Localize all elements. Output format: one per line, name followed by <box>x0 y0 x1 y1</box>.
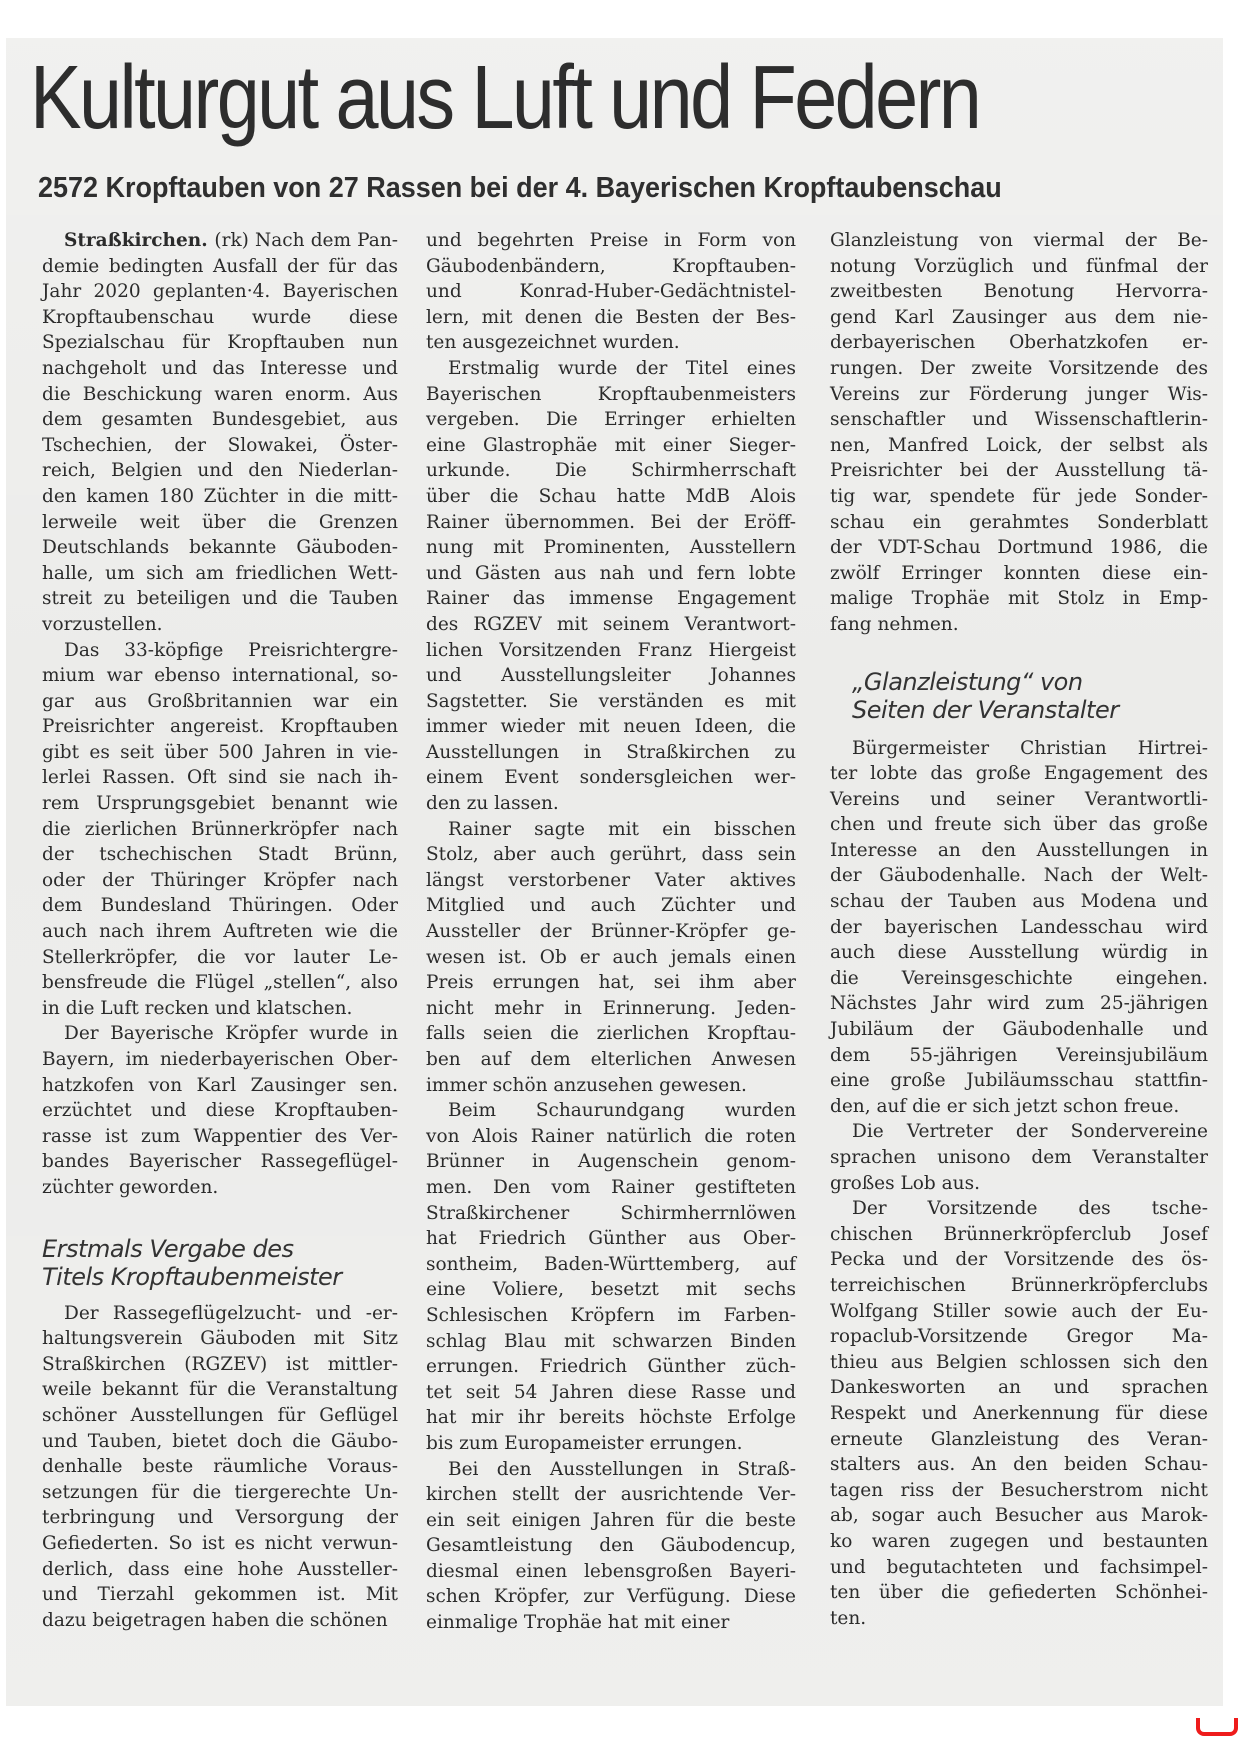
text-line: dem 55-jährigen Vereinsjubiläum <box>830 1043 1208 1069</box>
text-line: ten. <box>830 1606 1208 1632</box>
text-line: züchter geworden. <box>42 1175 398 1201</box>
text-line: Das 33-köpfige Preisrichtergre- <box>42 638 398 664</box>
text-line: schlag Blau mit schwarzen Binden <box>426 1329 796 1355</box>
text-line: und Gästen aus nah und fern lobte <box>426 561 796 587</box>
text-line: die Vereinsgeschichte eingehen. <box>830 966 1208 992</box>
text-line-content: (rk) Nach dem Pan- <box>214 230 398 251</box>
paragraph: Der Rassegeflügelzucht- und -er-haltungs… <box>42 1301 398 1634</box>
text-line: Kropftaubenschau wurde diese <box>42 305 398 331</box>
text-line: Straßkirchener Schirmherrnlöwen <box>426 1201 796 1227</box>
text-line: gend Karl Zausinger aus dem nie- <box>830 305 1208 331</box>
text-line: und begehrten Preise in Form von <box>426 228 796 254</box>
text-line: Ausstellungen in Straßkirchen zu <box>426 740 796 766</box>
subheading-line: Titels Kropftaubenmeister <box>42 1263 398 1291</box>
text-line: Der Vorsitzende des tsche- <box>830 1196 1208 1222</box>
text-line: Jubiläum der Gäubodenhalle und <box>830 1017 1208 1043</box>
subheading-line: Erstmals Vergabe des <box>42 1235 398 1263</box>
text-line: sontheim, Baden-Württemberg, auf <box>426 1252 796 1278</box>
text-line: vorzustellen. <box>42 612 398 638</box>
text-line: Straßkirchen (RGZEV) ist mittler- <box>42 1352 398 1378</box>
text-line: Dankesworten an und sprachen <box>830 1375 1208 1401</box>
text-line: ben auf dem elterlichen Anwesen <box>426 1047 796 1073</box>
text-line: zwölf Erringer konnten diese ein- <box>830 561 1208 587</box>
text-line: und begutachteten und fachsimpel- <box>830 1555 1208 1581</box>
text-line: rem Ursprungsgebiet benannt wie <box>42 791 398 817</box>
text-line: lichen Vorsitzenden Franz Hiergeist <box>426 638 796 664</box>
text-line: schen Kröpfer, zur Verfügung. Diese <box>426 1584 796 1610</box>
text-line: ten ausgezeichnet wurden. <box>426 330 796 356</box>
text-line: falls seien die zierlichen Kropftau- <box>426 1021 796 1047</box>
text-line: Gesamtleistung den Gäubodencup, <box>426 1533 796 1559</box>
paragraph: Das 33-köpfige Preisrichtergre-mium war … <box>42 638 398 1022</box>
text-line: Deutschlands bekannte Gäuboden- <box>42 535 398 561</box>
text-line: eine große Jubiläumsschau stattfin- <box>830 1068 1208 1094</box>
text-line: Spezialschau für Kropftauben nun <box>42 330 398 356</box>
text-line: der VDT-Schau Dortmund 1986, die <box>830 535 1208 561</box>
text-line: vergeben. Die Erringer erhielten <box>426 407 796 433</box>
text-line: ten über die gefiederten Schönhei- <box>830 1580 1208 1606</box>
text-line: Vereins zur Förderung junger Wis- <box>830 382 1208 408</box>
subheading-line: Seiten der Veranstalter <box>852 696 1208 724</box>
text-line: in die Luft recken und klatschen. <box>42 996 398 1022</box>
text-line: weile bekannt für die Veranstaltung <box>42 1377 398 1403</box>
text-line: immer schön anzusehen gewesen. <box>426 1073 796 1099</box>
text-line: ko waren zugegen und bestaunten <box>830 1529 1208 1555</box>
text-line: der Gäubodenhalle. Nach der Welt- <box>830 863 1208 889</box>
text-line: Bayern, im niederbayerischen Ober- <box>42 1047 398 1073</box>
subheadline: 2572 Kropftauben von 27 Rassen bei der 4… <box>38 170 1002 206</box>
text-line: bis zum Europameister errungen. <box>426 1431 796 1457</box>
text-line: Jahr 2020 geplanten·4. Bayerischen <box>42 279 398 305</box>
text-line: ein seit einigen Jahren für die beste <box>426 1508 796 1534</box>
text-line: lern, mit denen die Besten der Bes- <box>426 305 796 331</box>
paragraph: Bei den Ausstellungen in Straß-kirchen s… <box>426 1457 796 1636</box>
text-line: des RGZEV mit seinem Verantwort- <box>426 612 796 638</box>
text-line: eine Voliere, besetzt mit sechs <box>426 1277 796 1303</box>
text-line: Erstmalig wurde der Titel eines <box>426 356 796 382</box>
text-line: oder der Thüringer Kröpfer nach <box>42 868 398 894</box>
text-line: Nächstes Jahr wird zum 25-jährigen <box>830 991 1208 1017</box>
text-line: bensfreude die Flügel „stellen“, also <box>42 970 398 996</box>
text-line: Bürgermeister Christian Hirtrei- <box>830 736 1208 762</box>
text-line: Stellerkröpfer, die vor lauter Le- <box>42 945 398 971</box>
text-line: malige Trophäe mit Stolz in Emp- <box>830 586 1208 612</box>
section-subheading: Erstmals Vergabe desTitels Kropftaubenme… <box>42 1235 398 1291</box>
text-line: tig war, spendete für jede Sonder- <box>830 484 1208 510</box>
text-line: der tschechischen Stadt Brünn, <box>42 842 398 868</box>
text-line: chischen Brünnerkröpferclub Josef <box>830 1222 1208 1248</box>
text-line: gar aus Großbritannien war ein <box>42 689 398 715</box>
text-line: auch diese Ausstellung würdig in <box>830 940 1208 966</box>
text-line: der bayerischen Landesschau wird <box>830 915 1208 941</box>
text-line: erneute Glanzleistung des Veran- <box>830 1427 1208 1453</box>
text-line: Bayerischen Kropftaubenmeisters <box>426 382 796 408</box>
text-line: schau ein gerahmtes Sonderblatt <box>830 510 1208 536</box>
paragraph: Rainer sagte mit ein bisschenStolz, aber… <box>426 817 796 1099</box>
text-line: terbringung und Versorgung der <box>42 1505 398 1531</box>
text-line: tagen riss der Besucherstrom nicht <box>830 1478 1208 1504</box>
text-line: dem gesamten Bundesgebiet, aus <box>42 407 398 433</box>
headline: Kulturgut aus Luft und Federn <box>30 48 1045 148</box>
paragraph: Straßkirchen. (rk) Nach dem Pan-demie be… <box>42 228 398 638</box>
paragraph: und begehrten Preise in Form vonGäuboden… <box>426 228 796 356</box>
text-line: urkunde. Die Schirmherrschaft <box>426 458 796 484</box>
text-line: Beim Schaurundgang wurden <box>426 1098 796 1124</box>
text-line: ropaclub-Vorsitzende Gregor Ma- <box>830 1324 1208 1350</box>
text-line: Wolfgang Stiller sowie auch der Eu- <box>830 1299 1208 1325</box>
text-line: nung mit Prominenten, Ausstellern <box>426 535 796 561</box>
text-line: fang nehmen. <box>830 612 1208 638</box>
text-line: zweitbesten Benotung Hervorra- <box>830 279 1208 305</box>
text-line: nicht mehr in Erinnerung. Jeden- <box>426 996 796 1022</box>
text-line: Preis errungen hat, sei ihm aber <box>426 970 796 996</box>
text-line: Mitglied und auch Züchter und <box>426 893 796 919</box>
text-line: Rainer sagte mit ein bisschen <box>426 817 796 843</box>
text-line: stalters aus. An den beiden Schau- <box>830 1452 1208 1478</box>
text-line: Bei den Ausstellungen in Straß- <box>426 1457 796 1483</box>
paragraph: Bürgermeister Christian Hirtrei-ter lobt… <box>830 736 1208 1120</box>
text-line: derlich, dass eine hohe Aussteller- <box>42 1557 398 1583</box>
text-line: Stolz, aber auch gerührt, dass sein <box>426 842 796 868</box>
text-line: derbayerischen Oberhatzkofen er- <box>830 330 1208 356</box>
paragraph: Der Bayerische Kröpfer wurde inBayern, i… <box>42 1021 398 1200</box>
text-line: haltungsverein Gäuboden mit Sitz <box>42 1326 398 1352</box>
text-line: notung Vorzüglich und fünfmal der <box>830 254 1208 280</box>
paragraph: Erstmalig wurde der Titel einesBayerisch… <box>426 356 796 817</box>
text-line: die Beschickung waren enorm. Aus <box>42 382 398 408</box>
text-line: Tschechien, der Slowakei, Öster- <box>42 433 398 459</box>
text-line: den zu lassen. <box>426 791 796 817</box>
article-column-2: und begehrten Preise in Form vonGäuboden… <box>426 228 796 1636</box>
text-line: den, auf die er sich jetzt schon freue. <box>830 1094 1208 1120</box>
text-line: Vereins und seiner Verantwortli- <box>830 787 1208 813</box>
text-line: den kamen 180 Züchter in die mitt- <box>42 484 398 510</box>
subheading-line: „Glanzleistung“ von <box>852 668 1208 696</box>
text-line: diesmal einen lebensgroßen Bayeri- <box>426 1559 796 1585</box>
text-line: nen, Manfred Loick, der selbst als <box>830 433 1208 459</box>
text-line: mium war ebenso international, so- <box>42 663 398 689</box>
text-line: dem Bundesland Thüringen. Oder <box>42 893 398 919</box>
text-line: Gefiederten. So ist es nicht verwun- <box>42 1531 398 1557</box>
text-line: men. Den vom Rainer gestifteten <box>426 1175 796 1201</box>
text-line: demie bedingten Ausfall der für das <box>42 254 398 280</box>
text-line: Interesse an den Ausstellungen in <box>830 838 1208 864</box>
text-line: Preisrichter angereist. Kropftauben <box>42 714 398 740</box>
text-line: halle, um sich am friedlichen Wett- <box>42 561 398 587</box>
text-line: hat mir ihr bereits höchste Erfolge <box>426 1405 796 1431</box>
text-line: Schlesischen Kröpfern im Farben- <box>426 1303 796 1329</box>
text-line: lerweile weit über die Grenzen <box>42 510 398 536</box>
text-line: dazu beigetragen haben die schönen <box>42 1608 398 1634</box>
text-line: Preisrichter bei der Ausstellung tä- <box>830 458 1208 484</box>
text-line: von Alois Rainer natürlich die roten <box>426 1124 796 1150</box>
paragraph: Der Vorsitzende des tsche-chischen Brünn… <box>830 1196 1208 1631</box>
paragraph: Beim Schaurundgang wurdenvon Alois Raine… <box>426 1098 796 1456</box>
text-line: Die Vertreter der Sondervereine <box>830 1119 1208 1145</box>
text-line: Sagstetter. Sie verständen es mit <box>426 689 796 715</box>
text-line: tet seit 54 Jahren diese Rasse und <box>426 1380 796 1406</box>
text-line: einmalige Trophäe hat mit einer <box>426 1610 796 1636</box>
dateline: Straßkirchen. <box>64 230 214 251</box>
text-line: eine Glastrophäe mit einer Sieger- <box>426 433 796 459</box>
text-line: immer wieder mit neuen Ideen, die <box>426 714 796 740</box>
text-line: hatzkofen von Karl Zausinger sen. <box>42 1073 398 1099</box>
text-line: auch nach ihrem Auftreten wie die <box>42 919 398 945</box>
text-line: lerlei Rassen. Oft sind sie nach ih- <box>42 765 398 791</box>
text-line: und Tierzahl gekommen ist. Mit <box>42 1582 398 1608</box>
text-line: schöner Ausstellungen für Geflügel <box>42 1403 398 1429</box>
section-subheading: „Glanzleistung“ vonSeiten der Veranstalt… <box>852 668 1208 724</box>
text-line: gibt es seit über 500 Jahren in vie- <box>42 740 398 766</box>
text-line: erzüchtet und diese Kropftauben- <box>42 1098 398 1124</box>
text-line: bandes Bayerischer Rassegeflügel- <box>42 1149 398 1175</box>
text-line: Der Bayerische Kröpfer wurde in <box>42 1021 398 1047</box>
text-line: längst verstorbener Vater aktives <box>426 868 796 894</box>
text-line: schau der Tauben aus Modena und <box>830 889 1208 915</box>
paragraph: Die Vertreter der Sondervereinesprachen … <box>830 1119 1208 1196</box>
text-line: hat Friedrich Günther aus Ober- <box>426 1226 796 1252</box>
text-line: errungen. Friedrich Günther züch- <box>426 1354 796 1380</box>
text-line: und Konrad-Huber-Gedächtnistel- <box>426 279 796 305</box>
text-line: denhalle beste räumliche Voraus- <box>42 1454 398 1480</box>
text-line: über die Schau hatte MdB Alois <box>426 484 796 510</box>
text-line: Rainer übernommen. Bei der Eröff- <box>426 510 796 536</box>
text-line: die zierlichen Brünnerkröpfer nach <box>42 817 398 843</box>
text-line: sprachen unisono dem Veranstalter <box>830 1145 1208 1171</box>
text-line: rungen. Der zweite Vorsitzende des <box>830 356 1208 382</box>
text-line: rasse ist zum Wappentier des Ver- <box>42 1124 398 1150</box>
text-line: chen und freute sich über das große <box>830 812 1208 838</box>
text-line: und Tauben, bietet doch die Gäubo- <box>42 1429 398 1455</box>
text-line: und Ausstellungsleiter Johannes <box>426 663 796 689</box>
scan-corner-mark-icon <box>1196 1718 1238 1736</box>
article-column-3: Glanzleistung von viermal der Be-notung … <box>830 228 1208 1631</box>
text-line: Der Rassegeflügelzucht- und -er- <box>42 1301 398 1327</box>
text-line: kirchen stellt der ausrichtende Ver- <box>426 1482 796 1508</box>
text-line: terreichischen Brünnerkröpferclubs <box>830 1273 1208 1299</box>
text-line: Straßkirchen. (rk) Nach dem Pan- <box>42 228 398 254</box>
text-line: senschaftler und Wissenschaftlerin- <box>830 407 1208 433</box>
paragraph: Glanzleistung von viermal der Be-notung … <box>830 228 1208 638</box>
text-line: Aussteller der Brünner-Kröpfer ge- <box>426 919 796 945</box>
text-line: großes Lob aus. <box>830 1171 1208 1197</box>
text-line: thieu aus Belgien schlossen sich den <box>830 1350 1208 1376</box>
text-line: Glanzleistung von viermal der Be- <box>830 228 1208 254</box>
text-line: streit zu beteiligen und die Tauben <box>42 586 398 612</box>
text-line: Gäubodenbändern, Kropftauben- <box>426 254 796 280</box>
text-line: setzungen für die tiergerechte Un- <box>42 1480 398 1506</box>
text-line: ter lobte das große Engagement des <box>830 761 1208 787</box>
article-column-1: Straßkirchen. (rk) Nach dem Pan-demie be… <box>42 228 398 1633</box>
text-line: reich, Belgien und den Niederlan- <box>42 458 398 484</box>
text-line: nachgeholt und das Interesse und <box>42 356 398 382</box>
text-line: Rainer das immense Engagement <box>426 586 796 612</box>
text-line: wesen ist. Ob er auch jemals einen <box>426 945 796 971</box>
text-line: Respekt und Anerkennung für diese <box>830 1401 1208 1427</box>
text-line: einem Event sondersgleichen wer- <box>426 765 796 791</box>
text-line: Brünner in Augenschein genom- <box>426 1149 796 1175</box>
text-line: Pecka und der Vorsitzende des ös- <box>830 1247 1208 1273</box>
text-line: ab, sogar auch Besucher aus Marok- <box>830 1503 1208 1529</box>
